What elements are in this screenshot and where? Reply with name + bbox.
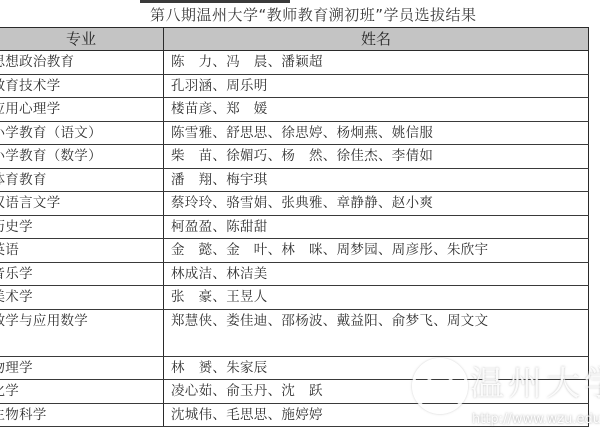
table-header-row: 专业 姓名	[0, 28, 589, 51]
table-row: 化学凌心茹、俞玉丹、沈 跃	[0, 380, 589, 404]
names-cell: 林成洁、林洁美	[164, 262, 589, 286]
names-cell: 蔡玲玲、骆雪娟、张典雅、章静静、赵小爽	[164, 192, 589, 216]
table-row: 教育技术学孔羽涵、周乐明	[0, 74, 589, 98]
major-cell: 物理学	[0, 356, 164, 380]
names-cell: 陈 力、冯 晨、潘颖超	[164, 51, 589, 75]
table-row: 体育教育潘 翔、梅宇琪	[0, 168, 589, 192]
names-cell: 楼苗彦、郑 媛	[164, 98, 589, 122]
major-cell: 小学教育（语文）	[0, 121, 164, 145]
names-cell: 陈雪雅、舒思思、徐思婷、杨炯燕、姚信服	[164, 121, 589, 145]
major-cell: 应用心理学	[0, 98, 164, 122]
major-cell: 思想政治教育	[0, 51, 164, 75]
cropped-heading-fragment	[140, 0, 290, 3]
major-cell: 生物科学	[0, 403, 164, 427]
table-row: 数学与应用数学郑慧侠、娄佳迪、邵杨波、戴益阳、俞梦飞、周文文	[0, 309, 589, 356]
table-row: 生物科学沈城伟、毛思思、施婷婷	[0, 403, 589, 427]
names-cell: 柯盈盈、陈甜甜	[164, 215, 589, 239]
header-names: 姓名	[164, 28, 589, 51]
table-row: 历史学柯盈盈、陈甜甜	[0, 215, 589, 239]
major-cell: 英语	[0, 239, 164, 263]
table-row: 汉语言文学蔡玲玲、骆雪娟、张典雅、章静静、赵小爽	[0, 192, 589, 216]
names-cell: 柴 苗、徐媚巧、杨 然、徐佳杰、李倩如	[164, 145, 589, 169]
document-title: 第八期温州大学“教师教育溯初班”学员选拔结果	[150, 5, 580, 25]
table-row: 美术学张 豪、王昱人	[0, 286, 589, 310]
selection-results-table: 专业 姓名 思想政治教育陈 力、冯 晨、潘颖超 教育技术学孔羽涵、周乐明 应用心…	[0, 27, 589, 427]
table-row: 思想政治教育陈 力、冯 晨、潘颖超	[0, 51, 589, 75]
names-cell: 林 赟、朱家辰	[164, 356, 589, 380]
table-row: 小学教育（语文）陈雪雅、舒思思、徐思婷、杨炯燕、姚信服	[0, 121, 589, 145]
names-cell: 金 懿、金 叶、林 咪、周梦园、周彦彤、朱欣宇	[164, 239, 589, 263]
table-row: 英语金 懿、金 叶、林 咪、周梦园、周彦彤、朱欣宇	[0, 239, 589, 263]
major-cell: 音乐学	[0, 262, 164, 286]
names-cell: 凌心茹、俞玉丹、沈 跃	[164, 380, 589, 404]
major-cell: 历史学	[0, 215, 164, 239]
header-major: 专业	[0, 28, 164, 51]
names-cell: 沈城伟、毛思思、施婷婷	[164, 403, 589, 427]
major-cell: 数学与应用数学	[0, 309, 164, 356]
major-cell: 汉语言文学	[0, 192, 164, 216]
major-cell: 美术学	[0, 286, 164, 310]
major-cell: 教育技术学	[0, 74, 164, 98]
names-cell: 孔羽涵、周乐明	[164, 74, 589, 98]
names-cell: 潘 翔、梅宇琪	[164, 168, 589, 192]
table-row: 音乐学林成洁、林洁美	[0, 262, 589, 286]
major-cell: 体育教育	[0, 168, 164, 192]
table-row: 小学教育（数学）柴 苗、徐媚巧、杨 然、徐佳杰、李倩如	[0, 145, 589, 169]
major-cell: 化学	[0, 380, 164, 404]
names-cell: 郑慧侠、娄佳迪、邵杨波、戴益阳、俞梦飞、周文文	[164, 309, 589, 356]
table-row: 应用心理学楼苗彦、郑 媛	[0, 98, 589, 122]
names-cell: 张 豪、王昱人	[164, 286, 589, 310]
table-row: 物理学林 赟、朱家辰	[0, 356, 589, 380]
major-cell: 小学教育（数学）	[0, 145, 164, 169]
